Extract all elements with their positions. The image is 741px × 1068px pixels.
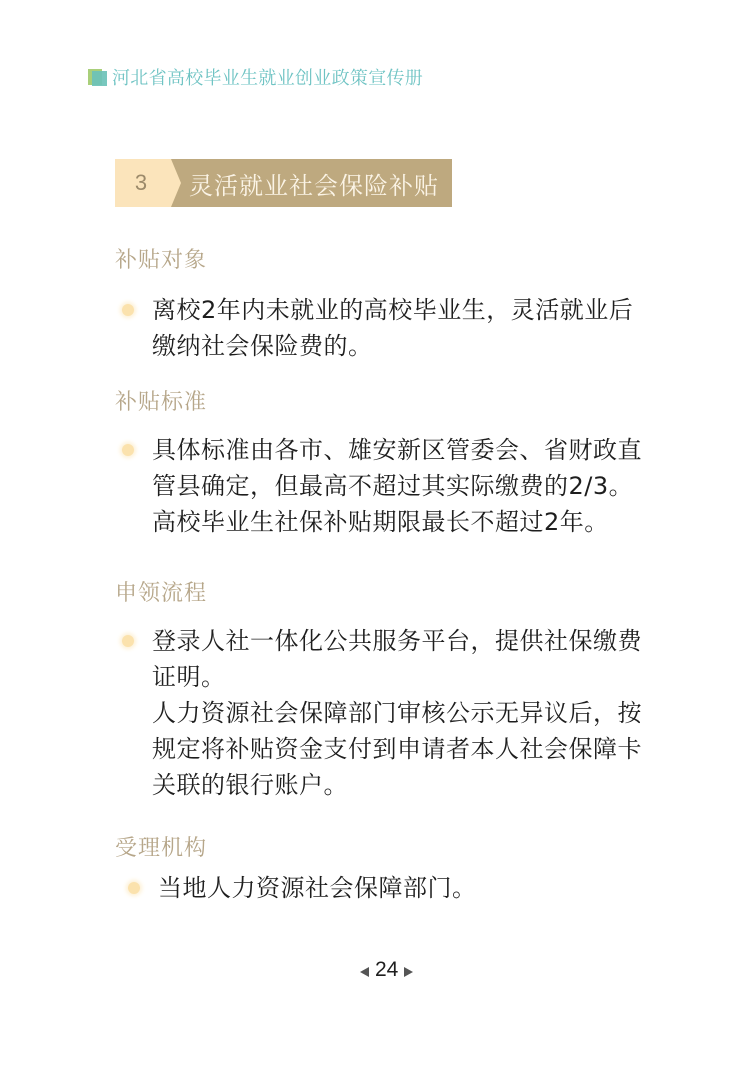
body-line: 高校毕业生社保补贴期限最长不超过2年。 [152, 504, 642, 540]
body-line: 离校2年内未就业的高校毕业生，灵活就业后 [152, 292, 633, 328]
bullet-icon [122, 635, 134, 647]
body-line: 具体标准由各市、雄安新区管委会、省财政直 [152, 432, 642, 468]
body-line: 缴纳社会保险费的。 [152, 328, 633, 364]
triangle-right-icon[interactable] [404, 967, 413, 977]
body-line: 登录人社一体化公共服务平台，提供社保缴费 [152, 623, 642, 659]
triangle-left-icon[interactable] [360, 967, 369, 977]
subheading-process: 申领流程 [115, 576, 207, 607]
stacked-squares-icon [88, 67, 108, 87]
body-line: 人力资源社会保障部门审核公示无异议后，按 [152, 695, 642, 731]
subheading-standard: 补贴标准 [115, 385, 207, 416]
bullet-item-target: 离校2年内未就业的高校毕业生，灵活就业后 缴纳社会保险费的。 [122, 292, 633, 364]
bullet-item-standard: 具体标准由各市、雄安新区管委会、省财政直 管县确定，但最高不超过其实际缴费的2/… [122, 432, 642, 540]
subheading-agency: 受理机构 [115, 831, 207, 862]
section-number: 3 [115, 159, 171, 207]
body-line: 规定将补贴资金支付到申请者本人社会保障卡 [152, 731, 642, 767]
bullet-icon [122, 304, 134, 316]
page-indicator: 24 [360, 956, 413, 984]
body-line: 管县确定，但最高不超过其实际缴费的2/3。 [152, 468, 642, 504]
section-title-box: 灵活就业社会保险补贴 [171, 159, 452, 207]
page-number: 24 [375, 958, 398, 982]
page-header: 河北省高校毕业生就业创业政策宣传册 [88, 64, 423, 90]
body-line: 关联的银行账户。 [152, 767, 642, 803]
body-line: 当地人力资源社会保障部门。 [158, 870, 477, 906]
bullet-icon [128, 882, 140, 894]
brochure-title: 河北省高校毕业生就业创业政策宣传册 [112, 64, 423, 90]
bullet-item-process: 登录人社一体化公共服务平台，提供社保缴费 证明。 人力资源社会保障部门审核公示无… [122, 623, 642, 803]
body-line: 证明。 [152, 659, 642, 695]
bullet-icon [122, 444, 134, 456]
section-title: 灵活就业社会保险补贴 [189, 166, 439, 201]
section-banner: 3 灵活就业社会保险补贴 [115, 159, 452, 207]
subheading-target: 补贴对象 [115, 243, 207, 274]
bullet-item-agency: 当地人力资源社会保障部门。 [128, 870, 477, 906]
